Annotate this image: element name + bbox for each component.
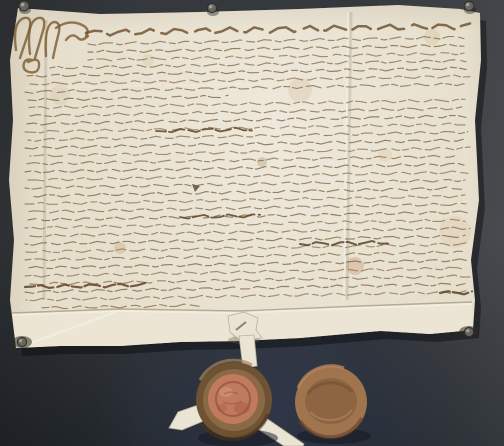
handwritten-line <box>26 203 466 213</box>
handwritten-line <box>25 180 465 190</box>
stain <box>257 157 267 167</box>
handwritten-text-block <box>25 24 472 309</box>
handwritten-line <box>25 123 465 133</box>
handwritten-line <box>30 227 470 237</box>
wax-seal <box>196 360 278 446</box>
handwritten-line <box>25 219 465 229</box>
manuscript-overlay <box>0 0 504 446</box>
stain <box>114 242 126 254</box>
handwritten-line <box>25 195 465 205</box>
handwritten-line <box>26 67 466 77</box>
handwritten-line <box>28 171 468 181</box>
handwritten-line <box>88 37 464 46</box>
handwritten-line <box>30 275 470 285</box>
handwritten-line <box>30 147 470 157</box>
handwritten-line <box>30 107 462 117</box>
handwritten-line <box>28 132 468 142</box>
handwritten-line <box>26 115 466 125</box>
stain <box>288 78 312 102</box>
stain <box>346 257 364 275</box>
handwritten-line <box>26 243 466 253</box>
stain <box>50 85 70 105</box>
handwritten-line <box>28 259 468 269</box>
handwritten-line <box>88 44 464 52</box>
pins <box>12 1 479 348</box>
opening-display-line <box>86 24 470 36</box>
pin-top-left <box>19 1 31 14</box>
handwritten-line <box>30 187 462 197</box>
handwritten-line <box>25 267 465 277</box>
seal-capsule-lid <box>295 366 371 444</box>
handwritten-line <box>25 163 465 173</box>
handwritten-line <box>30 75 470 85</box>
handwritten-line <box>25 251 465 261</box>
handwritten-line <box>25 235 465 245</box>
pin-top-center <box>207 3 219 16</box>
fold-creases <box>20 12 351 300</box>
pin-bottom-right <box>459 326 479 338</box>
handwritten-line <box>25 99 465 109</box>
calligraphic-initial <box>15 18 88 73</box>
emphasized-words <box>440 291 472 294</box>
pin-top-right <box>464 1 476 14</box>
handwritten-line <box>50 60 466 69</box>
handwritten-line <box>26 291 466 301</box>
handwritten-line <box>40 304 200 309</box>
pin-bottom-left <box>12 336 32 348</box>
photograph <box>0 0 504 446</box>
handwritten-line <box>26 155 458 165</box>
